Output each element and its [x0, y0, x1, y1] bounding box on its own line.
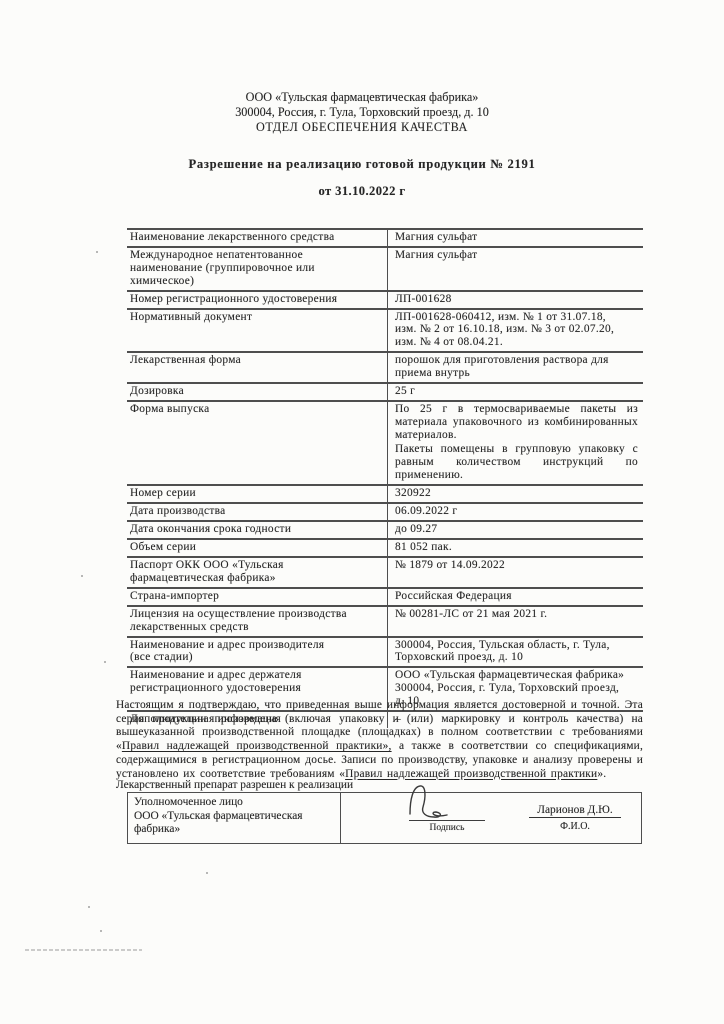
row-value: 320922	[388, 485, 644, 503]
scan-artifact	[81, 575, 83, 577]
company-name: ООО «Тульская фармацевтическая фабрика»	[0, 90, 724, 105]
scan-artifact	[96, 251, 98, 253]
release-details-table: Наименование лекарственного средстваМагн…	[127, 228, 643, 728]
table-row: Нормативный документЛП-001628-060412, из…	[127, 309, 643, 353]
row-label: Форма выпуска	[127, 401, 388, 485]
row-label: Номер регистрационного удостоверения	[127, 291, 388, 309]
row-label: Дозировка	[127, 383, 388, 401]
department-name: ОТДЕЛ ОБЕСПЕЧЕНИЯ КАЧЕСТВА	[0, 120, 724, 135]
row-value: 81 052 пак.	[388, 539, 644, 557]
table-row: Паспорт ОКК ООО «Тульская фармацевтическ…	[127, 557, 643, 588]
table-row: Форма выпускаПо 25 г в термосвариваемые …	[127, 401, 643, 485]
release-statement: Лекарственный препарат разрешен к реализ…	[116, 779, 353, 791]
signature-line	[409, 820, 485, 821]
scan-artifact	[88, 906, 90, 908]
table-row: Объем серии81 052 пак.	[127, 539, 643, 557]
table-row: Международное непатентованное наименован…	[127, 247, 643, 291]
row-label: Дата окончания срока годности	[127, 521, 388, 539]
name-label: Ф.И.О.	[529, 821, 621, 832]
signatory-name: Ларионов Д.Ю.	[529, 804, 621, 818]
table-row: Номер регистрационного удостоверенияЛП-0…	[127, 291, 643, 309]
signature-label: Подпись	[409, 823, 485, 833]
row-label: Страна-импортер	[127, 588, 388, 606]
row-value: до 09.27	[388, 521, 644, 539]
row-label: Номер серии	[127, 485, 388, 503]
table-row: Дата окончания срока годностидо 09.27	[127, 521, 643, 539]
document-date: от 31.10.2022 г	[0, 184, 724, 199]
row-label: Лекарственная форма	[127, 352, 388, 383]
document-page: ООО «Тульская фармацевтическая фабрика» …	[0, 0, 724, 1024]
table-row: Наименование и адрес производителя (все …	[127, 637, 643, 668]
table-row: Дата производства06.09.2022 г	[127, 503, 643, 521]
row-value: Магния сульфат	[388, 229, 644, 247]
row-label: Объем серии	[127, 539, 388, 557]
row-value: № 00281-ЛС от 21 мая 2021 г.	[388, 606, 644, 637]
row-value: По 25 г в термосвариваемые пакеты из мат…	[388, 401, 644, 485]
signature-cell: Подпись Ларионов Д.Ю. Ф.И.О.	[341, 793, 641, 843]
row-label: Наименование и адрес производителя (все …	[127, 637, 388, 668]
document-title: Разрешение на реализацию готовой продукц…	[0, 157, 724, 172]
row-value: № 1879 от 14.09.2022	[388, 557, 644, 588]
row-label: Наименование лекарственного средства	[127, 229, 388, 247]
table-row: Лицензия на осуществление производства л…	[127, 606, 643, 637]
row-value: ЛП-001628-060412, изм. № 1 от 31.07.18, …	[388, 309, 644, 353]
authorized-person-cell: Уполномоченное лицо ООО «Тульская фармац…	[128, 793, 341, 843]
release-table-body: Наименование лекарственного средстваМагн…	[127, 229, 643, 728]
table-row: Дозировка25 г	[127, 383, 643, 401]
row-value: 25 г	[388, 383, 644, 401]
signature-block: Уполномоченное лицо ООО «Тульская фармац…	[127, 792, 642, 844]
scan-artifact	[104, 661, 106, 663]
table-row: Наименование лекарственного средстваМагн…	[127, 229, 643, 247]
row-label: Паспорт ОКК ООО «Тульская фармацевтическ…	[127, 557, 388, 588]
table-row: Лекарственная формапорошок для приготовл…	[127, 352, 643, 383]
row-value: 06.09.2022 г	[388, 503, 644, 521]
row-label: Дата производства	[127, 503, 388, 521]
row-value: Российская Федерация	[388, 588, 644, 606]
row-value: ЛП-001628	[388, 291, 644, 309]
table-row: Страна-импортерРоссийская Федерация	[127, 588, 643, 606]
row-label: Нормативный документ	[127, 309, 388, 353]
row-value: порошок для приготовления раствора для п…	[388, 352, 644, 383]
row-label: Лицензия на осуществление производства л…	[127, 606, 388, 637]
scan-artifact	[100, 930, 102, 932]
row-label: Международное непатентованное наименован…	[127, 247, 388, 291]
scan-artifact	[206, 872, 208, 874]
company-address: 300004, Россия, г. Тула, Торховский прое…	[0, 105, 724, 120]
declaration-paragraph: Настоящим я подтверждаю, что приведенная…	[116, 699, 643, 781]
row-value: 300004, Россия, Тульская область, г. Тул…	[388, 637, 644, 668]
table-row: Номер серии320922	[127, 485, 643, 503]
document-header: ООО «Тульская фармацевтическая фабрика» …	[0, 90, 724, 134]
row-value: Магния сульфат	[388, 247, 644, 291]
